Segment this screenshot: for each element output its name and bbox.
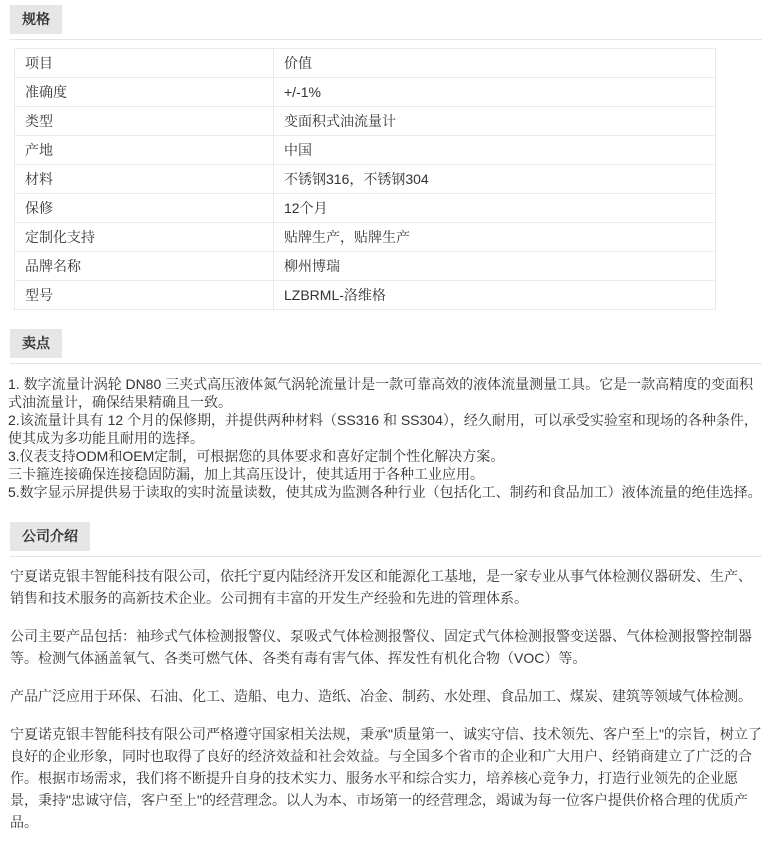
specs-table: 项目 价值 准确度 +/-1% 类型 变面积式油流量计 产地 中国 材料 不 <box>14 48 716 310</box>
spec-row-customization: 定制化支持 贴牌生产，贴牌生产 <box>15 223 716 252</box>
spec-row-type: 类型 变面积式油流量计 <box>15 107 716 136</box>
specs-title-badge: 规格 <box>10 5 62 34</box>
selling-point: 3.仪表支持ODM和OEM定制，可根据您的具体要求和喜好定制个性化解决方案。 <box>8 447 762 465</box>
company-paragraph: 宁夏诺克银丰智能科技有限公司，依托宁夏内陆经济开发区和能源化工基地，是一家专业从… <box>10 565 762 609</box>
spec-row-brand: 品牌名称 柳州博瑞 <box>15 252 716 281</box>
company-paragraph: 公司主要产品包括：袖珍式气体检测报警仪、泵吸式气体检测报警仪、固定式气体检测报警… <box>10 625 762 669</box>
selling-points-title-badge: 卖点 <box>10 329 62 358</box>
selling-points-section: 卖点 1. 数字流量计涡轮 DN80 三夹式高压液体氮气涡轮流量计是一款可靠高效… <box>0 310 772 501</box>
spec-item-cell: 材料 <box>15 165 274 194</box>
spec-value-cell: 12个月 <box>274 194 716 223</box>
spec-item-cell: 品牌名称 <box>15 252 274 281</box>
spec-value-cell: 变面积式油流量计 <box>274 107 716 136</box>
spec-item-cell: 保修 <box>15 194 274 223</box>
company-divider <box>10 556 762 557</box>
spec-row-warranty: 保修 12个月 <box>15 194 716 223</box>
selling-point: 5.数字显示屏提供易于读取的实时流量读数，使其成为监测各种行业（包括化工、制药和… <box>8 483 762 501</box>
spec-value-cell: 不锈钢316，不锈钢304 <box>274 165 716 194</box>
company-section: 公司介绍 宁夏诺克银丰智能科技有限公司，依托宁夏内陆经济开发区和能源化工基地，是… <box>0 501 772 833</box>
selling-point: 2.该流量计具有 12 个月的保修期，并提供两种材料（SS316 和 SS304… <box>8 411 762 447</box>
spec-row-origin: 产地 中国 <box>15 136 716 165</box>
company-intro-text: 宁夏诺克银丰智能科技有限公司，依托宁夏内陆经济开发区和能源化工基地，是一家专业从… <box>0 565 772 833</box>
spec-item-cell: 准确度 <box>15 78 274 107</box>
spec-item-cell: 型号 <box>15 281 274 310</box>
company-paragraph: 产品广泛应用于环保、石油、化工、造船、电力、造纸、冶金、制药、水处理、食品加工、… <box>10 685 762 707</box>
specs-section: 规格 项目 价值 准确度 +/-1% 类型 变面积式油流量计 产地 中国 <box>0 0 772 310</box>
specs-divider <box>10 39 762 40</box>
spec-row-accuracy: 准确度 +/-1% <box>15 78 716 107</box>
spec-value-cell: LZBRML-洛维格 <box>274 281 716 310</box>
spec-row-material: 材料 不锈钢316，不锈钢304 <box>15 165 716 194</box>
spec-value-cell: 柳州博瑞 <box>274 252 716 281</box>
selling-point: 1. 数字流量计涡轮 DN80 三夹式高压液体氮气涡轮流量计是一款可靠高效的液体… <box>8 375 762 411</box>
selling-points-divider <box>10 363 762 364</box>
spec-header-value-cell: 价值 <box>274 49 716 78</box>
spec-item-cell: 类型 <box>15 107 274 136</box>
selling-points-list: 1. 数字流量计涡轮 DN80 三夹式高压液体氮气涡轮流量计是一款可靠高效的液体… <box>8 375 762 501</box>
spec-header-item-cell: 项目 <box>15 49 274 78</box>
spec-item-cell: 产地 <box>15 136 274 165</box>
company-paragraph: 宁夏诺克银丰智能科技有限公司严格遵守国家相关法规，秉承"质量第一、诚实守信、技术… <box>10 723 762 833</box>
spec-value-cell: 中国 <box>274 136 716 165</box>
product-detail-page: 规格 项目 价值 准确度 +/-1% 类型 变面积式油流量计 产地 中国 <box>0 0 772 833</box>
spec-row-model: 型号 LZBRML-洛维格 <box>15 281 716 310</box>
spec-item-cell: 定制化支持 <box>15 223 274 252</box>
company-title-badge: 公司介绍 <box>10 522 90 551</box>
selling-point: 三卡箍连接确保连接稳固防漏，加上其高压设计，使其适用于各种工业应用。 <box>8 465 762 483</box>
spec-header-row: 项目 价值 <box>15 49 716 78</box>
spec-value-cell: 贴牌生产，贴牌生产 <box>274 223 716 252</box>
spec-value-cell: +/-1% <box>274 78 716 107</box>
